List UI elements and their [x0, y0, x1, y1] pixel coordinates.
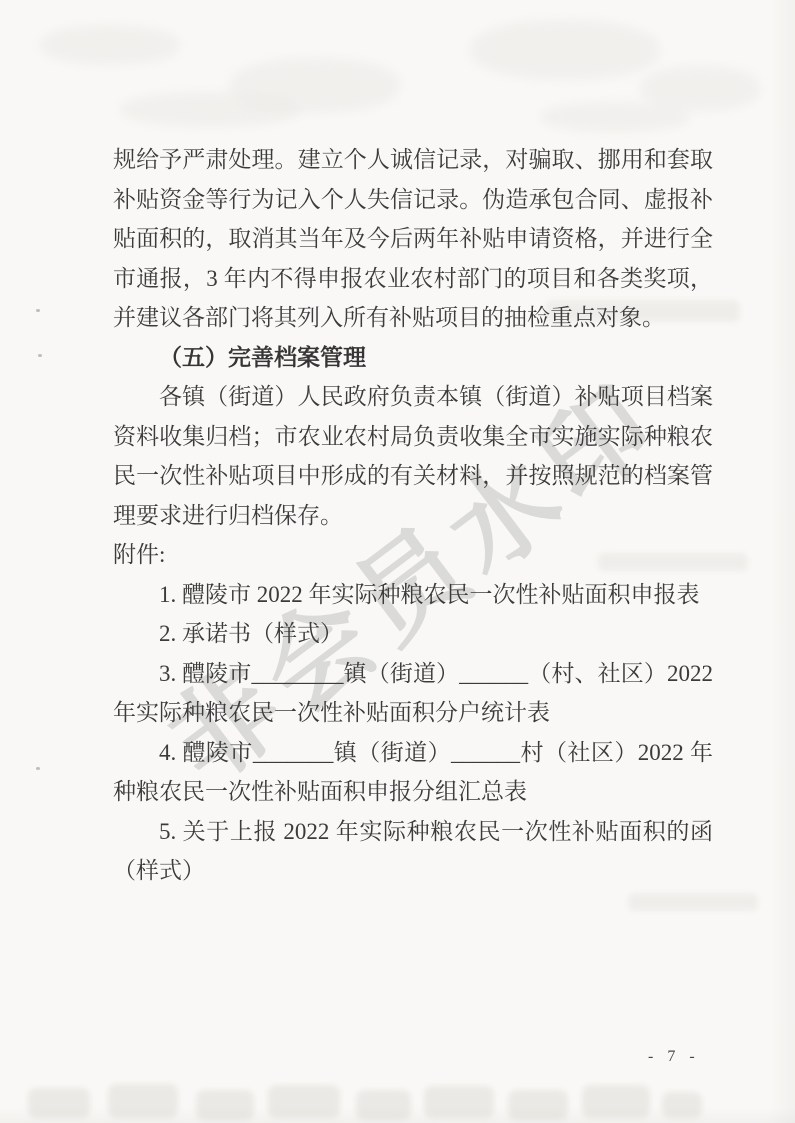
scan-artifact — [40, 25, 180, 65]
scan-artifact — [470, 20, 660, 80]
scan-artifact — [120, 92, 300, 127]
document-page: 非会员水印 规给予严肃处理。建立个人诚信记录，对骗取、挪用和套取补贴资金等行为记… — [0, 0, 795, 1123]
scan-artifact — [628, 893, 758, 911]
attachment-item: 2. 承诺书（样式） — [113, 614, 713, 654]
section-paragraph: 各镇（街道）人民政府负责本镇（街道）补贴项目档案资料收集归档；市农业农村局负责收… — [113, 377, 713, 535]
document-body: 规给予严肃处理。建立个人诚信记录，对骗取、挪用和套取补贴资金等行为记入个人失信记… — [113, 140, 713, 891]
scan-artifact — [540, 102, 690, 132]
attachments-label: 附件: — [113, 535, 713, 575]
attachment-item: 5. 关于上报 2022 年实际种粮农民一次性补贴面积的函（样式） — [113, 812, 713, 891]
attachment-item: 1. 醴陵市 2022 年实际种粮农民一次性补贴面积申报表 — [113, 575, 713, 615]
scan-speck — [38, 354, 42, 357]
intro-paragraph: 规给予严肃处理。建立个人诚信记录，对骗取、挪用和套取补贴资金等行为记入个人失信记… — [113, 140, 713, 338]
attachment-item: 4. 醴陵市_______镇（街道）______村（社区）2022 年种粮农民一… — [113, 733, 713, 812]
attachment-item: 3. 醴陵市________镇（街道）______（村、社区）2022 年实际种… — [113, 654, 713, 733]
scan-edge-shading — [769, 0, 795, 1123]
scan-speck — [36, 309, 40, 312]
scan-edge-shading — [0, 1107, 795, 1123]
section-heading: （五）完善档案管理 — [113, 338, 713, 378]
page-number: - 7 - — [648, 1048, 700, 1066]
scan-speck — [36, 767, 40, 770]
